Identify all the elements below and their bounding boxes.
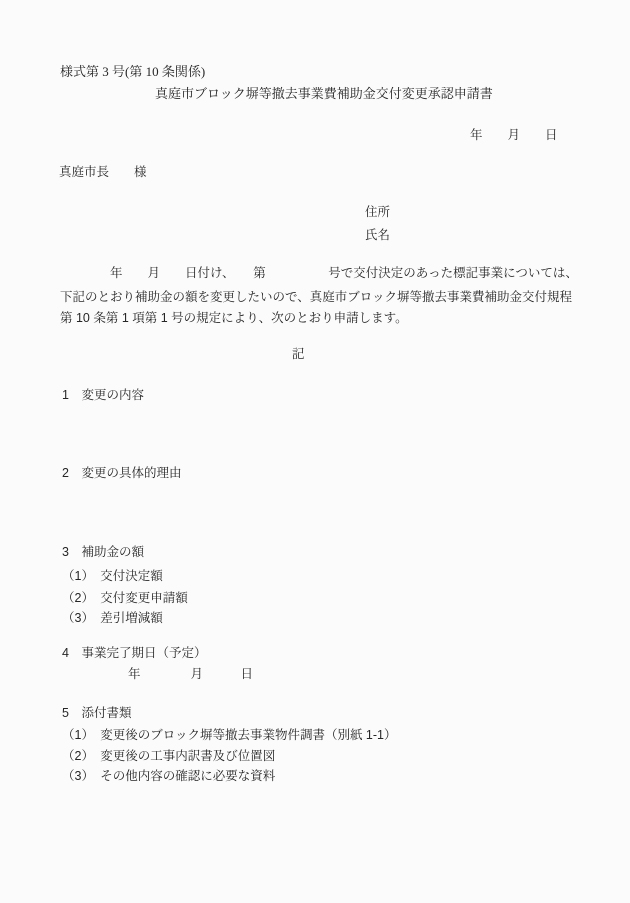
section-3-heading: 3 補助金の額 bbox=[62, 544, 144, 560]
section-5-item-2: （2） 変更後の工事内訳書及び位置図 bbox=[62, 748, 275, 764]
section-2-heading: 2 変更の具体的理由 bbox=[62, 465, 181, 481]
body-paragraph-line-2: 下記のとおり補助金の額を変更したいので、真庭市ブロック塀等撤去事業費補助金交付規… bbox=[60, 289, 572, 305]
section-3-item-3: （3） 差引増減額 bbox=[62, 610, 163, 626]
section-1-heading: 1 変更の内容 bbox=[62, 387, 144, 403]
section-4-heading: 4 事業完了期日（予定） bbox=[62, 645, 206, 661]
record-marker: 記 bbox=[292, 346, 305, 362]
applicant-address-label: 住所 bbox=[365, 204, 390, 220]
applicant-name-label: 氏名 bbox=[365, 227, 390, 243]
section-3-item-2: （2） 交付変更申請額 bbox=[62, 590, 188, 606]
document-title: 真庭市ブロック塀等撤去事業費補助金交付変更承認申請書 bbox=[155, 86, 493, 102]
section-5-heading: 5 添付書類 bbox=[62, 705, 131, 721]
body-paragraph-line-1: 年 月 日付け、 第 号で交付決定のあった標記事業については、 bbox=[60, 265, 578, 281]
section-5-item-3: （3） その他内容の確認に必要な資料 bbox=[62, 768, 275, 784]
body-paragraph-line-3: 第 10 条第 1 項第 1 号の規定により、次のとおり申請します。 bbox=[60, 310, 408, 326]
section-4-date-placeholder: 年 月 日 bbox=[128, 666, 253, 682]
date-placeholder-line: 年 月 日 bbox=[470, 127, 558, 143]
section-3-item-1: （1） 交付決定額 bbox=[62, 568, 163, 584]
addressee-line: 真庭市長 様 bbox=[59, 164, 147, 180]
application-form-page: 様式第 3 号(第 10 条関係) 真庭市ブロック塀等撤去事業費補助金交付変更承… bbox=[0, 0, 630, 903]
section-5-item-1: （1） 変更後のブロック塀等撤去事業物件調書（別紙 1-1） bbox=[62, 727, 397, 743]
form-number: 様式第 3 号(第 10 条関係) bbox=[60, 64, 205, 80]
